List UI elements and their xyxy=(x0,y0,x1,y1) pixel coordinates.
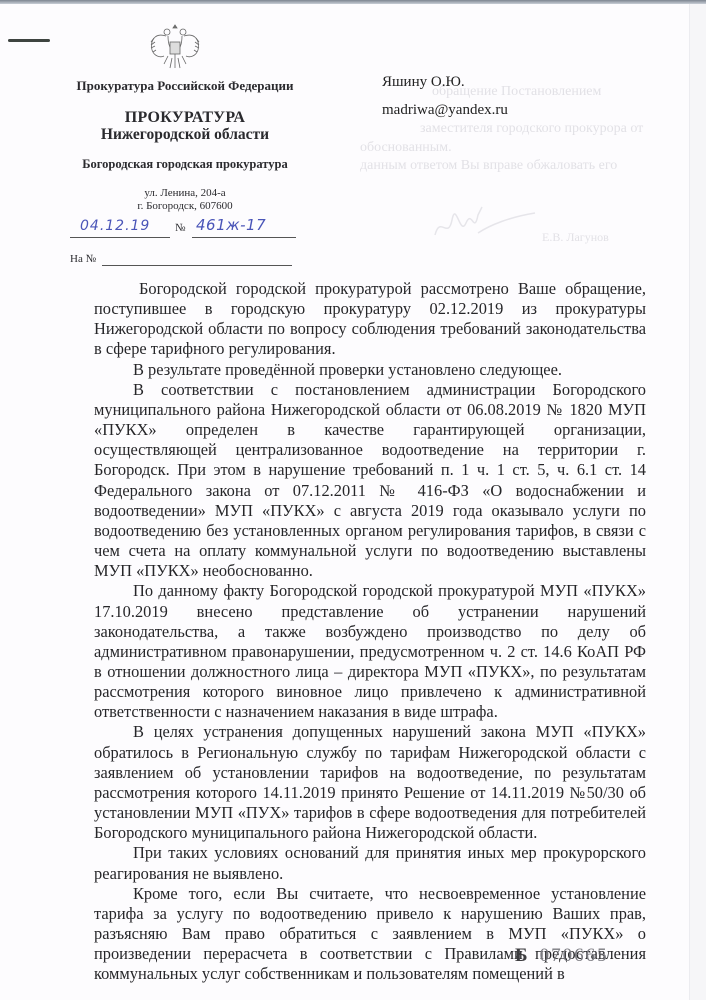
letterhead-federation: Прокуратура Российской Федерации xyxy=(60,78,310,94)
registration-line: 04.12.19 № 461ж-17 xyxy=(68,218,293,238)
bleed-through-signature xyxy=(430,205,540,245)
addressee-block: Яшину О.Ю. madriwa@yandex.ru xyxy=(382,68,508,124)
serial-letter: Б xyxy=(515,945,530,966)
serial-digits: 070665 xyxy=(540,945,609,966)
form-serial-number: Б070665 xyxy=(515,945,609,967)
scan-edge xyxy=(689,0,706,1000)
coat-of-arms-emblem-icon xyxy=(146,22,204,74)
body-paragraph: В результате проведённой проверки устано… xyxy=(94,360,646,380)
letterhead-subtitle: Нижегородской области xyxy=(60,126,310,144)
registration-date: 04.12.19 xyxy=(80,218,150,234)
addressee-name: Яшину О.Ю. xyxy=(382,68,508,96)
body-paragraph: В целях устранения допущенных нарушений … xyxy=(94,722,646,843)
letterhead-address: ул. Ленина, 204-а г. Богородск, 607600 xyxy=(60,187,310,213)
letterhead-office: Богородская городская прокуратура xyxy=(60,157,310,172)
letterhead-title: ПРОКУРАТУРА xyxy=(60,108,310,127)
body-paragraph: Кроме того, если Вы считаете, что несвое… xyxy=(94,884,646,985)
reference-line: На № xyxy=(68,253,293,269)
addressee-email: madriwa@yandex.ru xyxy=(382,96,508,124)
address-street: ул. Ленина, 204-а xyxy=(60,187,310,200)
body-paragraph: В соответствии с постановлением админист… xyxy=(94,380,646,582)
body-paragraph: По данному факту Богородской городской п… xyxy=(94,581,646,722)
number-sign: № xyxy=(175,222,186,234)
registration-number: 461ж-17 xyxy=(196,216,266,234)
reference-label: На № xyxy=(70,253,96,265)
body-paragraph: Богородской городской прокуратурой рассм… xyxy=(94,279,646,360)
reference-underline xyxy=(102,265,292,266)
scan-top-edge xyxy=(0,0,706,4)
number-underline xyxy=(192,237,296,238)
date-underline xyxy=(70,237,170,238)
letter-body: Богородской городской прокуратурой рассм… xyxy=(94,279,646,984)
staple-mark xyxy=(8,39,50,42)
address-city: г. Богородск, 607600 xyxy=(60,200,310,213)
body-paragraph: При таких условиях оснований для приняти… xyxy=(94,843,646,883)
